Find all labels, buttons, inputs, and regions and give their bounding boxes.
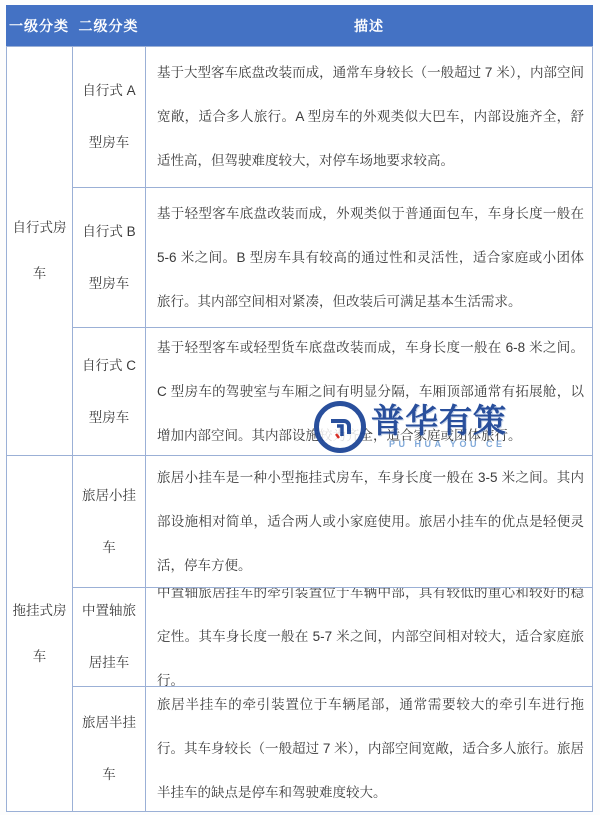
- description-text: 中置轴旅居挂车的牵引装置位于车辆中部，具有较低的重心和较好的稳定性。其车身长度一…: [157, 588, 584, 687]
- category-label: 拖挂式房车: [7, 588, 72, 680]
- subcategory-cell-semi-trailer: 旅居半挂车: [73, 687, 146, 811]
- subcategory-label: 旅居半挂车: [79, 697, 139, 801]
- subcategory-cell-small-trailer: 旅居小挂车: [73, 456, 146, 588]
- category-cell-self-propelled: 自行式房车: [7, 47, 73, 456]
- subcategory-label: 自行式 C 型房车: [79, 340, 139, 444]
- category-label: 自行式房车: [7, 205, 72, 297]
- watermark-text-block: 普华有策 PU HUA YOU CE: [371, 406, 507, 449]
- subcategory-label: 中置轴旅居挂车: [79, 588, 139, 687]
- watermark-logo-icon: [314, 401, 366, 453]
- watermark: 普华有策 PU HUA YOU CE: [314, 401, 507, 453]
- subcategory-label: 旅居小挂车: [79, 470, 139, 574]
- table-header-row: 一级分类 二级分类 描述: [6, 5, 593, 46]
- subcategory-cell-type-a: 自行式 A 型房车: [73, 47, 146, 188]
- description-text: 基于大型客车底盘改装而成，通常车身较长（一般超过 7 米），内部空间宽敞，适合多…: [157, 51, 584, 183]
- description-cell-type-a: 基于大型客车底盘改装而成，通常车身较长（一般超过 7 米），内部空间宽敞，适合多…: [146, 47, 592, 188]
- description-cell-type-b: 基于轻型客车底盘改装而成，外观类似于普通面包车，车身长度一般在 5-6 米之间。…: [146, 188, 592, 328]
- header-description: 描述: [145, 16, 593, 36]
- watermark-brand-pinyin: PU HUA YOU CE: [371, 439, 507, 449]
- description-text: 基于轻型客车底盘改装而成，外观类似于普通面包车，车身长度一般在 5-6 米之间。…: [157, 192, 584, 324]
- description-cell-semi-trailer: 旅居半挂车的牵引装置位于车辆尾部，通常需要较大的牵引车进行拖行。其车身较长（一般…: [146, 687, 592, 811]
- subcategory-cell-type-c: 自行式 C 型房车: [73, 328, 146, 456]
- subcategory-cell-type-b: 自行式 B 型房车: [73, 188, 146, 328]
- description-text: 旅居小挂车是一种小型拖挂式房车，车身长度一般在 3-5 米之间。其内部设施相对简…: [157, 456, 584, 588]
- header-secondary-classification: 二级分类: [72, 16, 145, 36]
- watermark-brand-name: 普华有策: [371, 406, 507, 436]
- header-primary-classification: 一级分类: [6, 16, 72, 36]
- description-text: 旅居半挂车的牵引装置位于车辆尾部，通常需要较大的牵引车进行拖行。其车身较长（一般…: [157, 687, 584, 811]
- description-cell-center-axle-trailer: 中置轴旅居挂车的牵引装置位于车辆中部，具有较低的重心和较好的稳定性。其车身长度一…: [146, 588, 592, 687]
- subcategory-label: 自行式 B 型房车: [79, 206, 139, 310]
- category-cell-towed: 拖挂式房车: [7, 456, 73, 811]
- subcategory-label: 自行式 A 型房车: [79, 65, 139, 169]
- subcategory-cell-center-axle-trailer: 中置轴旅居挂车: [73, 588, 146, 687]
- description-cell-small-trailer: 旅居小挂车是一种小型拖挂式房车，车身长度一般在 3-5 米之间。其内部设施相对简…: [146, 456, 592, 588]
